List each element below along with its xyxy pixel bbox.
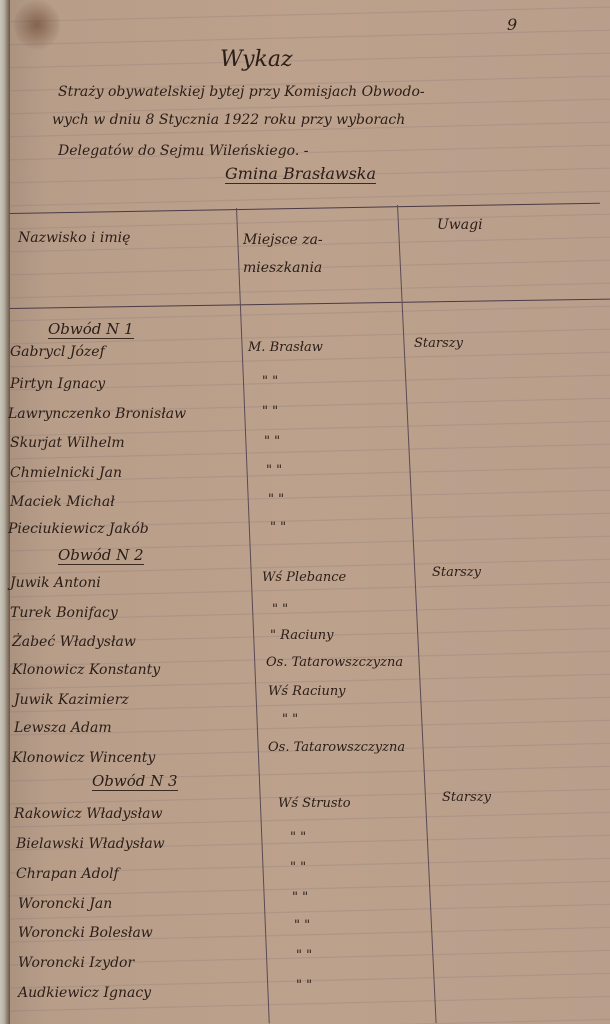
table-row-name: Woroncki Jan xyxy=(18,896,112,912)
table-row-place: " " xyxy=(262,374,278,389)
intro-line-2: wych w dniu 8 Stycznia 1922 roku przy wy… xyxy=(52,112,405,128)
table-row-place: M. Brasław xyxy=(248,340,323,355)
table-row-place: " " xyxy=(290,830,306,845)
table-row-place: Wś Plebance xyxy=(262,570,346,585)
table-row-note: Starszy xyxy=(414,336,463,351)
table-row-name: Audkiewicz Ignacy xyxy=(18,985,151,1001)
table-row-name: Pieciukiewicz Jakób xyxy=(8,521,149,537)
book-binding-edge xyxy=(0,0,10,1024)
table-row-place: " " xyxy=(282,712,298,727)
table-row-name: Skurjat Wilhelm xyxy=(10,435,125,451)
table-row-place: Os. Tatarowszczyzna xyxy=(266,655,403,670)
table-row-name: Rakowicz Władysław xyxy=(14,806,162,822)
gmina-heading: Gmina Brasławska xyxy=(225,164,376,184)
table-row-name: Klonowicz Wincenty xyxy=(12,750,155,766)
table-top-rule xyxy=(10,203,600,214)
table-row-name: Juwik Antoni xyxy=(10,575,101,591)
table-row-place: " " xyxy=(266,463,282,478)
table-row-place: " " xyxy=(296,978,312,993)
table-row-name: Pirtyn Ignacy xyxy=(10,376,105,392)
table-row-name: Chrapan Adolf xyxy=(16,866,119,882)
table-row-place: Wś Raciuny xyxy=(268,684,346,699)
table-row-place: " " xyxy=(270,520,286,535)
document-title: Wykaz xyxy=(220,47,293,72)
header-name: Nazwisko i imię xyxy=(18,230,130,246)
header-notes: Uwagi xyxy=(437,217,483,233)
intro-line-1: Straży obywatelskiej bytej przy Komisjac… xyxy=(58,84,425,100)
table-row-place: " " xyxy=(262,404,278,419)
table-row-place: " " xyxy=(292,890,308,905)
table-row-place: Wś Strusto xyxy=(278,796,351,811)
section-label: Obwód N 3 xyxy=(92,772,178,791)
table-row-name: Lewsza Adam xyxy=(14,720,112,736)
table-row-place: " " xyxy=(272,602,288,617)
table-row-place: " " xyxy=(268,492,284,507)
intro-line-3: Delegatów do Sejmu Wileńskiego. - xyxy=(58,143,308,159)
header-bottom-rule xyxy=(10,299,610,309)
table-row-name: Juwik Kazimierz xyxy=(14,692,129,708)
table-row-name: Lawrynczenko Bronisław xyxy=(8,406,186,422)
table-row-name: Maciek Michał xyxy=(10,494,115,510)
section-label: Obwód N 1 xyxy=(48,320,134,339)
table-row-place: " " xyxy=(294,918,310,933)
table-row-name: Gabrycl Józef xyxy=(10,344,105,360)
column-divider-2 xyxy=(397,205,437,1023)
section-label: Obwód N 2 xyxy=(58,546,144,565)
header-place: Miejsce za-mieszkania xyxy=(243,226,393,282)
table-row-name: Żabeć Władysław xyxy=(12,634,136,650)
page-number: 9 xyxy=(507,15,517,34)
table-row-name: Woroncki Bolesław xyxy=(18,925,153,941)
table-row-name: Klonowicz Konstanty xyxy=(12,662,160,678)
table-row-place: Os. Tatarowszczyzna xyxy=(268,740,405,755)
column-divider-1 xyxy=(236,208,270,1023)
table-row-name: Turek Bonifacy xyxy=(10,605,118,621)
ink-stain xyxy=(14,0,60,50)
table-row-note: Starszy xyxy=(432,565,481,580)
table-row-note: Starszy xyxy=(442,790,491,805)
table-row-place: " Raciuny xyxy=(270,628,333,643)
table-row-name: Bielawski Władysław xyxy=(16,836,165,852)
table-row-place: " " xyxy=(296,948,312,963)
table-row-name: Chmielnicki Jan xyxy=(10,465,122,481)
table-row-name: Woroncki Izydor xyxy=(18,955,134,971)
table-row-place: " " xyxy=(290,860,306,875)
document-page: 9 Wykaz Straży obywatelskiej bytej przy … xyxy=(0,0,610,1024)
table-row-place: " " xyxy=(264,434,280,449)
